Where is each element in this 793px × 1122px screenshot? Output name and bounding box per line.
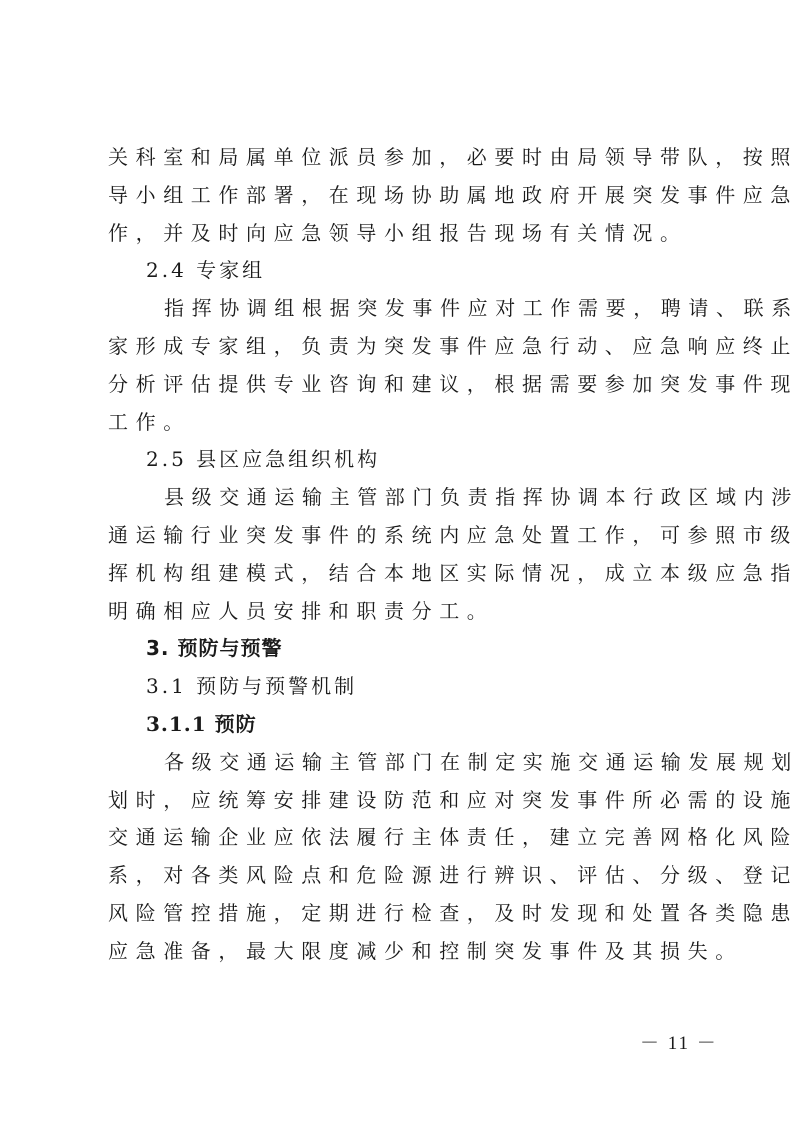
body-line: 家形成专家组，负责为突发事件应急行动、应急响应终止和后期	[108, 328, 691, 366]
body-line: 通运输行业突发事件的系统内应急处置工作，可参照市级应急指	[108, 517, 691, 555]
body-line: 关科室和局属单位派员参加，必要时由局领导带队，按照应急领	[108, 139, 691, 177]
body-line: 交通运输企业应依法履行主体责任，建立完善网格化风险防控体	[108, 819, 691, 857]
page-content: 关科室和局属单位派员参加，必要时由局领导带队，按照应急领 导小组工作部署，在现场…	[108, 139, 691, 971]
body-line: 挥机构组建模式，结合本地区实际情况，成立本级应急指挥机构，	[108, 555, 691, 593]
body-line: 县级交通运输主管部门负责指挥协调本行政区域内涉及交	[108, 479, 691, 517]
section-heading-2-5: 2.5 县区应急组织机构	[108, 441, 691, 479]
chapter-heading-3: 3. 预防与预警	[108, 630, 691, 668]
body-line: 作，并及时向应急领导小组报告现场有关情况。	[108, 215, 691, 253]
body-line: 工作。	[108, 404, 691, 442]
body-line: 划时，应统筹安排建设防范和应对突发事件所必需的设施设备。	[108, 782, 691, 820]
body-line: 分析评估提供专业咨询和建议，根据需要参加突发事件现场处置	[108, 366, 691, 404]
section-heading-3-1: 3.1 预防与预警机制	[108, 668, 691, 706]
body-line: 指挥协调组根据突发事件应对工作需要，聘请、联系相关专	[108, 290, 691, 328]
body-line: 风险管控措施，定期进行检查，及时发现和处置各类隐患，做好	[108, 895, 691, 933]
body-line: 应急准备，最大限度减少和控制突发事件及其损失。	[108, 933, 691, 971]
page-number: － 11 －	[640, 1028, 718, 1055]
body-line: 系，对各类风险点和危险源进行辨识、评估、分级、登记，落实	[108, 857, 691, 895]
body-line: 导小组工作部署，在现场协助属地政府开展突发事件应急处置工	[108, 177, 691, 215]
document-page: 关科室和局属单位派员参加，必要时由局领导带队，按照应急领 导小组工作部署，在现场…	[0, 0, 793, 1122]
section-heading-2-4: 2.4 专家组	[108, 252, 691, 290]
subsection-heading-3-1-1: 3.1.1 预防	[108, 706, 691, 744]
body-line: 明确相应人员安排和职责分工。	[108, 593, 691, 631]
body-line: 各级交通运输主管部门在制定实施交通运输发展规划和计	[108, 744, 691, 782]
